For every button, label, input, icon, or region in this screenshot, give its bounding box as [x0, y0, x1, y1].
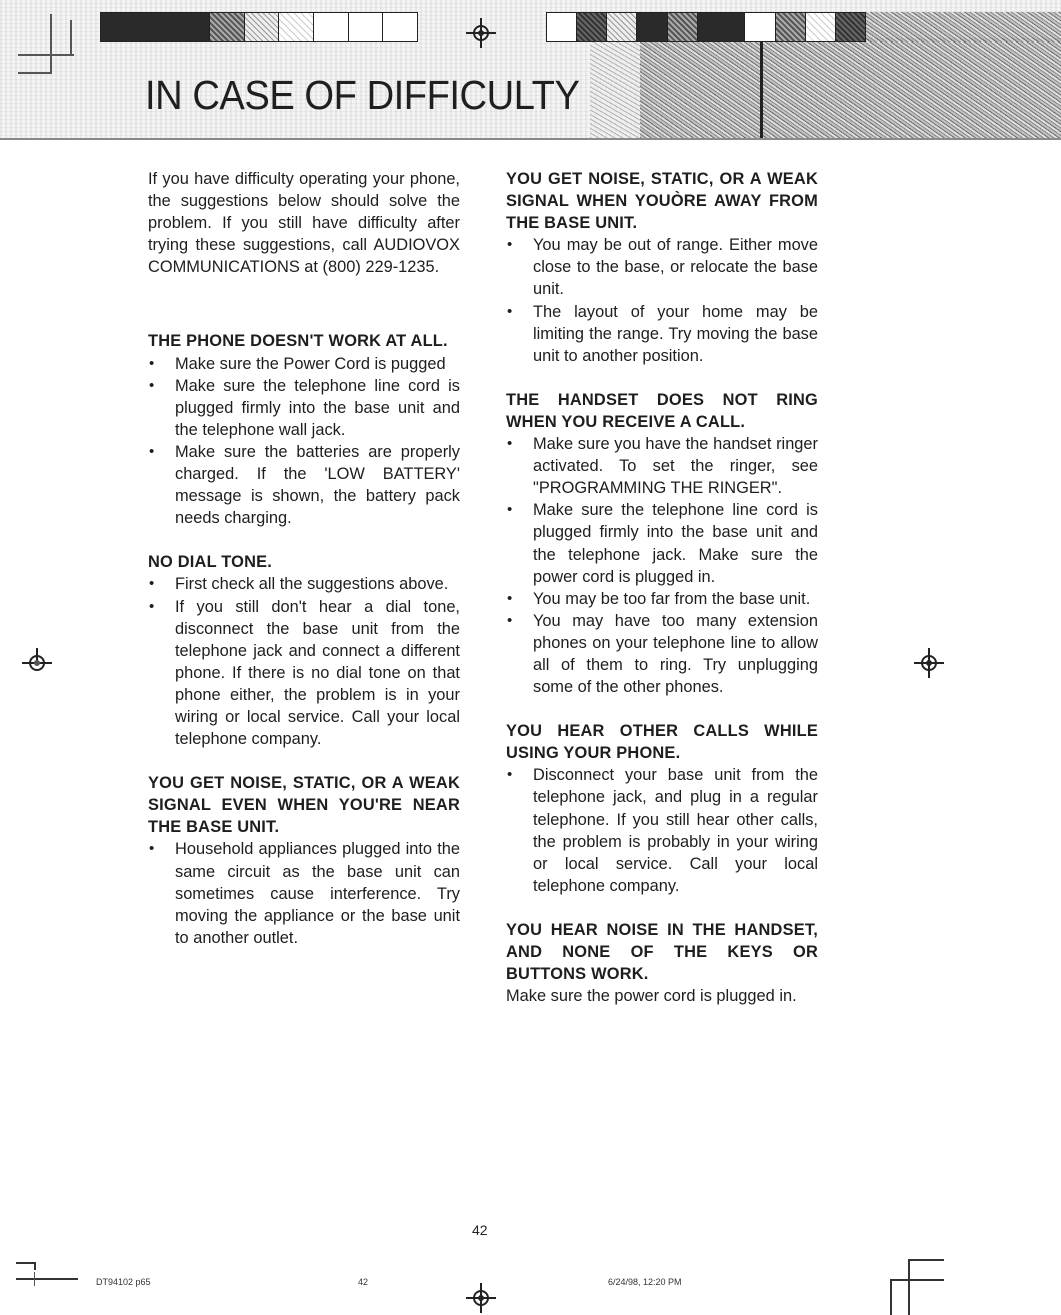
print-slug-filename: DT94102 p65 [96, 1277, 151, 1287]
crop-mark-icon [890, 1255, 950, 1315]
registration-target-icon [466, 18, 496, 48]
calibration-swatch [547, 13, 577, 41]
crop-mark-icon [10, 1258, 70, 1288]
list-item: Make sure you have the handset ringer ac… [506, 433, 818, 499]
list-item: First check all the suggestions above. [148, 573, 460, 595]
calibration-swatch [836, 13, 865, 41]
page-title: IN CASE OF DIFFICULTY [145, 72, 579, 119]
print-slug-date: 6/24/98, 12:20 PM [608, 1277, 682, 1287]
page-header: IN CASE OF DIFFICULTY [0, 0, 1061, 140]
calibration-swatch [279, 13, 314, 41]
print-slug-page: 42 [358, 1277, 368, 1287]
calibration-swatch [745, 13, 775, 41]
section-hear-other-calls: YOU HEAR OTHER CALLS WHILE USING YOUR PH… [506, 720, 818, 897]
list-item: Make sure the batteries are properly cha… [148, 441, 460, 529]
section-no-dial-tone: NO DIAL TONE. First check all the sugges… [148, 551, 460, 750]
calibration-swatch [101, 13, 210, 41]
registration-target-icon [22, 648, 52, 678]
intro-paragraph: If you have difficulty operating your ph… [148, 168, 460, 278]
registration-target-icon [914, 648, 944, 678]
list-item: Make sure the telephone line cord is plu… [148, 375, 460, 441]
list-item: You may be out of range. Either move clo… [506, 234, 818, 300]
list-item: Make sure the telephone line cord is plu… [506, 499, 818, 587]
list-item: Disconnect your base unit from the telep… [506, 764, 818, 897]
section-heading: YOU GET NOISE, STATIC, OR A WEAK SIGNAL … [148, 772, 460, 838]
list-item: Household appliances plugged into the sa… [148, 838, 460, 948]
calibration-swatch [776, 13, 806, 41]
calibration-swatch [245, 13, 280, 41]
halftone-texture [640, 38, 1061, 138]
calibration-swatch [383, 13, 417, 41]
section-heading: THE PHONE DOESN'T WORK AT ALL. [148, 330, 460, 352]
section-handset-does-not-ring: THE HANDSET DOES NOT RING WHEN YOU RECEI… [506, 389, 818, 698]
crop-mark-icon [10, 14, 70, 74]
calibration-swatch [210, 13, 245, 41]
list-item: Make sure the Power Cord is pugged [148, 353, 460, 375]
header-divider-line [760, 36, 763, 140]
section-heading: YOU HEAR OTHER CALLS WHILE USING YOUR PH… [506, 720, 818, 764]
calibration-swatch [668, 13, 698, 41]
section-heading: YOU GET NOISE, STATIC, OR A WEAK SIGNAL … [506, 168, 818, 234]
color-calibration-bar [546, 12, 866, 42]
halftone-texture [860, 12, 1061, 42]
section-phone-doesnt-work: THE PHONE DOESN'T WORK AT ALL. Make sure… [148, 330, 460, 529]
section-noise-away-from-base: YOU GET NOISE, STATIC, OR A WEAK SIGNAL … [506, 168, 818, 367]
header-rule [0, 138, 1061, 140]
registration-target-icon [466, 1283, 496, 1313]
list-item: You may have too many extension phones o… [506, 610, 818, 698]
calibration-swatch [314, 13, 349, 41]
calibration-swatch [577, 13, 607, 41]
section-heading: NO DIAL TONE. [148, 551, 460, 573]
section-text: Make sure the power cord is plugged in. [506, 985, 818, 1007]
list-item: If you still don't hear a dial tone, dis… [148, 596, 460, 751]
calibration-swatch [698, 13, 746, 41]
calibration-swatch [607, 13, 637, 41]
list-item: You may be too far from the base unit. [506, 588, 818, 610]
calibration-swatch [806, 13, 836, 41]
color-calibration-bar [100, 12, 418, 42]
left-column: If you have difficulty operating your ph… [148, 168, 460, 971]
section-heading: THE HANDSET DOES NOT RING WHEN YOU RECEI… [506, 389, 818, 433]
page-number: 42 [472, 1222, 488, 1238]
right-column: YOU GET NOISE, STATIC, OR A WEAK SIGNAL … [506, 168, 818, 1029]
list-item: The layout of your home may be limiting … [506, 301, 818, 367]
calibration-swatch [349, 13, 384, 41]
section-heading: YOU HEAR NOISE IN THE HANDSET, AND NONE … [506, 919, 818, 985]
calibration-swatch [637, 13, 667, 41]
section-noise-near-base: YOU GET NOISE, STATIC, OR A WEAK SIGNAL … [148, 772, 460, 949]
section-noise-in-handset: YOU HEAR NOISE IN THE HANDSET, AND NONE … [506, 919, 818, 1007]
